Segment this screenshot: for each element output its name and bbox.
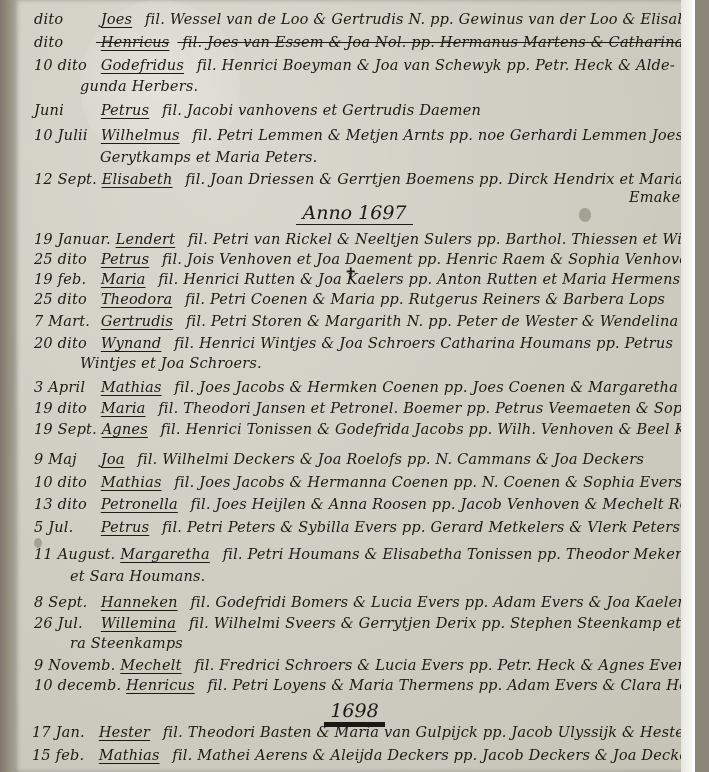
entry-text: fil. Theodori Basten & Maria van Gulpijc… — [163, 725, 695, 741]
entry-date: 19 Januar. — [34, 232, 111, 248]
child-name: Joa — [101, 452, 125, 468]
entry-date: 9 Maj — [34, 452, 96, 468]
entry: 9 Novemb. Mechelt fil. Fredrici Schroers… — [34, 658, 695, 674]
entry: 10 dito Mathias fil. Joes Jacobs & Herma… — [34, 475, 695, 491]
child-name: Joes — [101, 12, 132, 28]
entry: 15 feb. Mathias fil. Mathei Aerens & Ale… — [32, 748, 695, 764]
entry-text: fil. Henrici Rutten & Joa Kaelers pp. An… — [158, 272, 680, 288]
register-page: dito Joes fil. Wessel van de Loo & Gertr… — [14, 0, 695, 772]
entry-date: 10 Julii — [34, 128, 96, 144]
entry-text: Gerytkamps et Maria Peters. — [100, 150, 317, 166]
entry-date: 10 decemb. — [34, 678, 121, 694]
child-name: Petrus — [101, 103, 149, 119]
entry: Juni Petrus fil. Jacobi vanhovens et Ger… — [34, 103, 695, 119]
child-name: Mathias — [101, 380, 162, 396]
entry-text: et Sara Houmans. — [70, 569, 205, 585]
entry-text: gunda Herbers. — [80, 79, 198, 95]
entry-date: 15 feb. — [32, 748, 94, 764]
year-text: Anno 1697 — [296, 202, 412, 225]
entry: dito Joes fil. Wessel van de Loo & Gertr… — [34, 12, 695, 28]
child-name: Petrus — [101, 520, 149, 536]
entry-date: 8 Sept. — [34, 595, 96, 611]
entry-date: dito — [34, 12, 96, 28]
entry-date: 20 dito — [34, 336, 96, 352]
child-name: Theodora — [101, 292, 173, 308]
entry-continuation: gunda Herbers. — [24, 79, 695, 95]
entry-date: 3 April — [34, 380, 96, 396]
entry-date: 25 dito — [34, 252, 96, 268]
entry-text: fil. Henrici Wintjes & Joa Schroers Cath… — [174, 336, 673, 352]
entry-text: fil. Jois Venhoven et Joa Daement pp. He… — [162, 252, 695, 268]
entry-text: fil. Joes Heijlen & Anna Roosen pp. Jaco… — [191, 497, 695, 513]
entry-text: fil. Petri Loyens & Maria Thermens pp. A… — [208, 678, 695, 694]
entry-date: Juni — [34, 103, 96, 119]
entry-date: 7 Mart. — [34, 314, 96, 330]
entry-text: ra Steenkamps — [70, 636, 183, 652]
entry: 19 dito Maria fil. Theodori Jansen et Pe… — [34, 401, 695, 417]
entry-text: fil. Fredrici Schroers & Lucia Evers pp.… — [194, 658, 695, 674]
entry: 13 dito Petronella fil. Joes Heijlen & A… — [34, 497, 695, 513]
entry-text: fil. Petri Houmans & Elisabetha Tonissen… — [223, 547, 690, 563]
entry-date: 17 Jan. — [32, 725, 94, 741]
entry-continuation: Wintjes et Joa Schroers. — [24, 356, 695, 372]
entry-text: fil. Henrici Boeyman & Joa van Schewyk p… — [197, 58, 675, 74]
entry: 12 Sept. Elisabeth fil. Joan Driessen & … — [34, 172, 695, 188]
entry-date: 26 Jul. — [34, 616, 96, 632]
year-heading-1698: 1698 — [14, 700, 695, 722]
entry-text: fil. Theodori Jansen et Petronel. Boemer… — [158, 401, 695, 417]
entry-date: 19 feb. — [34, 272, 96, 288]
entry-continuation: et Sara Houmans. — [14, 569, 695, 585]
year-text: 1698 — [324, 700, 384, 727]
child-name: Mathias — [99, 748, 160, 764]
entry-date: 10 dito — [34, 58, 96, 74]
entry-text: Wintjes et Joa Schroers. — [80, 356, 262, 372]
entry-text: fil. Joan Driessen & Gerrtjen Boemens pp… — [185, 172, 695, 188]
entry-date: 12 Sept. — [34, 172, 97, 188]
child-name: Elisabeth — [102, 172, 173, 188]
entry-date: 11 August. — [34, 547, 115, 563]
year-heading-1697: Anno 1697 — [14, 202, 695, 224]
entry-text: fil. Mathei Aerens & Aleijda Deckers pp.… — [172, 748, 695, 764]
child-name: Mechelt — [120, 658, 181, 674]
entry-continuation: Gerytkamps et Maria Peters. — [44, 150, 695, 166]
entry-text: fil. Joes Jacobs & Hermanna Coenen pp. N… — [174, 475, 687, 491]
entry: 19 Januar. Lendert fil. Petri van Rickel… — [34, 232, 695, 248]
entry-text: fil. Joes van Essem & Joa Nol. pp. Herma… — [182, 35, 695, 51]
entry-date: 25 dito — [34, 292, 96, 308]
entry: 25 dito Petrus fil. Jois Venhoven et Joa… — [34, 252, 695, 268]
child-name: Willemina — [101, 616, 176, 632]
entry: 7 Mart. Gertrudis fil. Petri Storen & Ma… — [34, 314, 695, 330]
child-name: Gertrudis — [101, 314, 173, 330]
child-name: Margaretha — [120, 547, 210, 563]
entry-text: fil. Joes Jacobs & Hermken Coenen pp. Jo… — [174, 380, 695, 396]
entry-text: fil. Jacobi vanhovens et Gertrudis Daeme… — [162, 103, 481, 119]
entry-text: fil. Wilhelmi Deckers & Joa Roelofs pp. … — [137, 452, 644, 468]
child-name: Petronella — [101, 497, 178, 513]
child-name: Petrus — [101, 252, 149, 268]
entry-date: dito — [34, 35, 96, 51]
child-name: Wynand — [101, 336, 162, 352]
entry-text: fil. Petri Storen & Margarith N. pp. Pet… — [186, 314, 695, 330]
entry: 11 August. Margaretha fil. Petri Houmans… — [34, 547, 695, 563]
child-name: Mathias — [101, 475, 162, 491]
entry: 9 Maj Joa fil. Wilhelmi Deckers & Joa Ro… — [34, 452, 695, 468]
entry: 17 Jan. Hester fil. Theodori Basten & Ma… — [32, 725, 695, 741]
child-name: Henricus — [101, 35, 170, 51]
child-name: Wilhelmus — [101, 128, 180, 144]
entry: 19 feb. Maria fil. Henrici Rutten & Joa … — [34, 272, 695, 288]
entry-text: fil. Petri Peters & Sybilla Evers pp. Ge… — [162, 520, 685, 536]
entry-date: 5 Jul. — [34, 520, 96, 536]
entry: 10 dito Godefridus fil. Henrici Boeyman … — [34, 58, 695, 74]
child-name: Godefridus — [101, 58, 184, 74]
entry: 25 dito Theodora fil. Petri Coenen & Mar… — [34, 292, 695, 308]
entry: 20 dito Wynand fil. Henrici Wintjes & Jo… — [34, 336, 695, 352]
entry-struck: dito Henricus fil. Joes van Essem & Joa … — [34, 35, 695, 51]
entry-text: fil. Petri Lemmen & Metjen Arnts pp. noe… — [192, 128, 683, 144]
child-name: Maria — [101, 272, 146, 288]
page-edge — [681, 0, 695, 772]
entry-text: fil. Petri van Rickel & Neeltjen Sulers … — [188, 232, 695, 248]
book-binding — [0, 0, 14, 772]
child-name: Henricus — [126, 678, 195, 694]
entry-date: 19 Sept. — [34, 422, 97, 438]
entry-date: 19 dito — [34, 401, 96, 417]
entry: 8 Sept. Hanneken fil. Godefridi Bomers &… — [34, 595, 695, 611]
child-name: Hester — [99, 725, 150, 741]
entry-date: 13 dito — [34, 497, 96, 513]
entry: 10 decemb. Henricus fil. Petri Loyens & … — [34, 678, 695, 694]
entry-text: fil. Henrici Tonissen & Godefrida Jacobs… — [161, 422, 695, 438]
entry: 10 Julii Wilhelmus fil. Petri Lemmen & M… — [34, 128, 695, 144]
entry-text: fil. Wilhelmi Sveers & Gerrytjen Derix p… — [189, 616, 695, 632]
child-name: Agnes — [102, 422, 148, 438]
child-name: Hanneken — [101, 595, 178, 611]
child-name: Maria — [101, 401, 146, 417]
entry-text: fil. Wessel van de Loo & Gertrudis N. pp… — [145, 12, 695, 28]
entry: 26 Jul. Willemina fil. Wilhelmi Sveers &… — [34, 616, 695, 632]
entry-continuation: ra Steenkamps — [14, 636, 695, 652]
child-name: Lendert — [116, 232, 176, 248]
entry-date: 10 dito — [34, 475, 96, 491]
entry: 19 Sept. Agnes fil. Henrici Tonissen & G… — [34, 422, 695, 438]
cross-mark-icon: ✝ — [344, 264, 357, 283]
entry-text: fil. Petri Coenen & Maria pp. Rutgerus R… — [185, 292, 665, 308]
entry-date: 9 Novemb. — [34, 658, 115, 674]
entry: 3 April Mathias fil. Joes Jacobs & Hermk… — [34, 380, 695, 396]
entry-text: fil. Godefridi Bomers & Lucia Evers pp. … — [190, 595, 686, 611]
entry: 5 Jul. Petrus fil. Petri Peters & Sybill… — [34, 520, 695, 536]
